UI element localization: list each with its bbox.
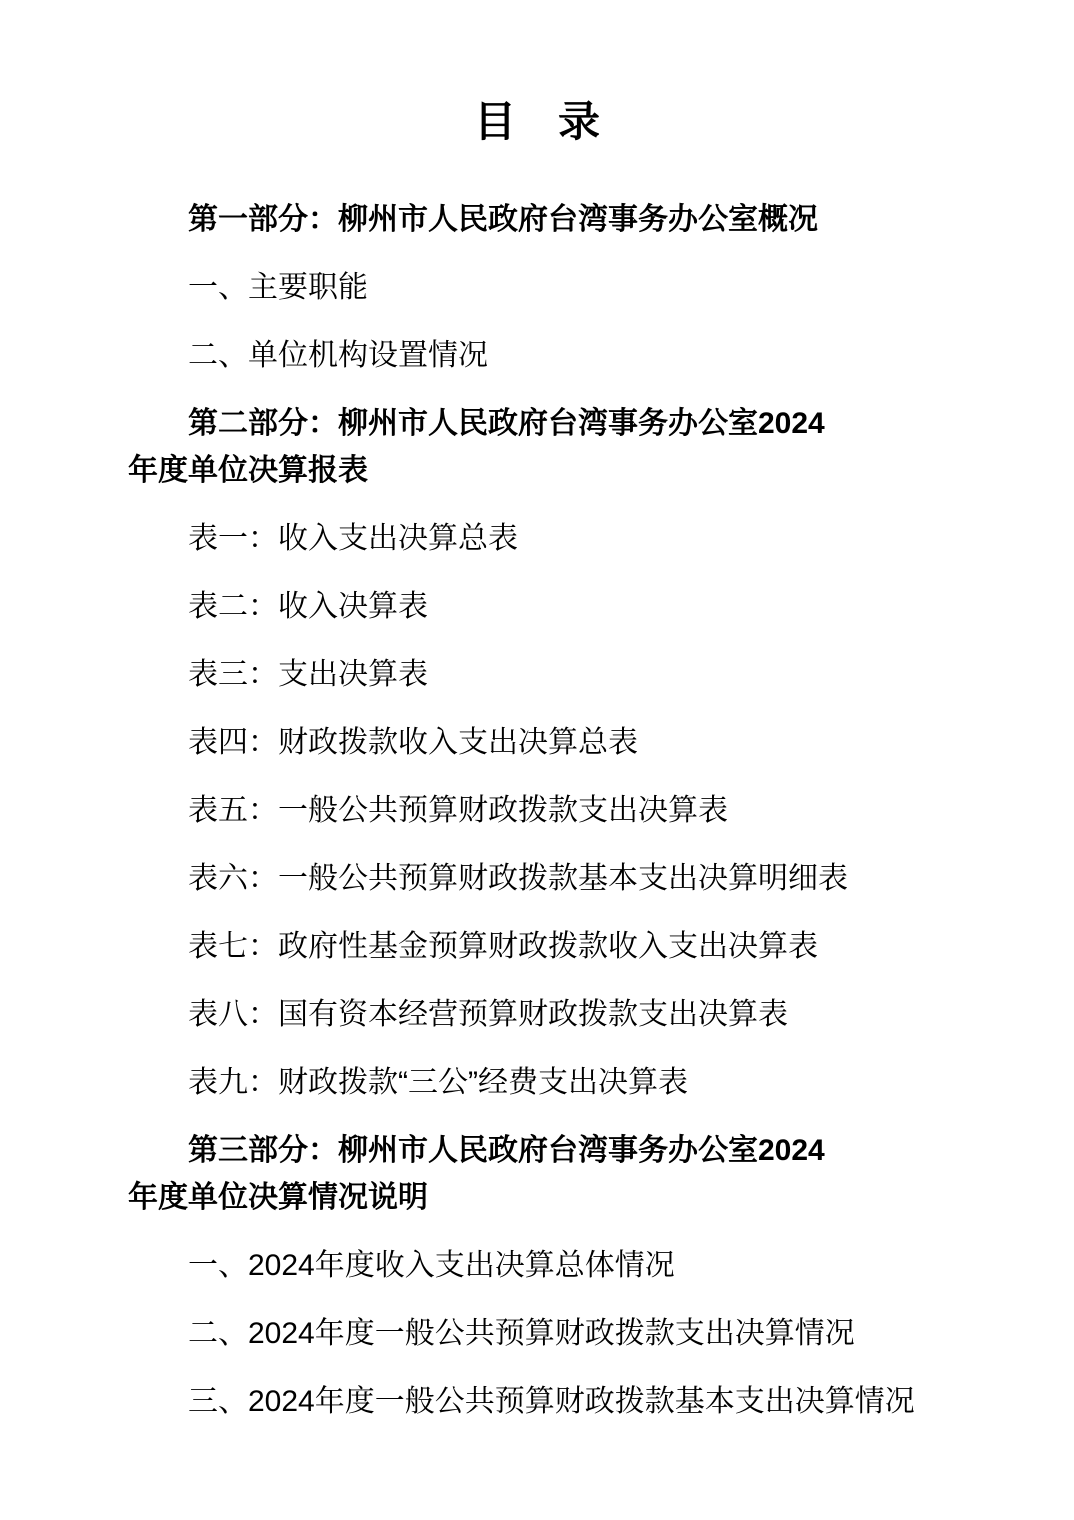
toc-part1-heading: 第一部分：柳州市人民政府台湾事务办公室概况: [128, 196, 840, 243]
toc-item: 一、主要职能: [128, 264, 946, 311]
toc-item: 表六：一般公共预算财政拨款基本支出决算明细表: [128, 855, 946, 902]
toc-item: 表九：财政拨款“三公”经费支出决算表: [128, 1059, 946, 1106]
toc-part3-heading: 第三部分：柳州市人民政府台湾事务办公室2024年度单位决算情况说明: [128, 1127, 840, 1221]
toc-item: 表三：支出决算表: [128, 651, 946, 698]
toc-item: 二、2024年度一般公共预算财政拨款支出决算情况: [128, 1310, 946, 1357]
toc-item: 表二：收入决算表: [128, 583, 946, 630]
table-of-contents: 第一部分：柳州市人民政府台湾事务办公室概况 一、主要职能 二、单位机构设置情况 …: [128, 196, 946, 1425]
toc-item: 三、2024年度一般公共预算财政拨款基本支出决算情况: [128, 1378, 946, 1425]
toc-item: 一、2024年度收入支出决算总体情况: [128, 1242, 946, 1289]
document-page: 目 录 第一部分：柳州市人民政府台湾事务办公室概况 一、主要职能 二、单位机构设…: [0, 0, 1074, 1520]
page-title: 目 录: [128, 96, 946, 148]
toc-part2-heading: 第二部分：柳州市人民政府台湾事务办公室2024年度单位决算报表: [128, 400, 840, 494]
toc-item: 表四：财政拨款收入支出决算总表: [128, 719, 946, 766]
toc-item: 表一：收入支出决算总表: [128, 515, 946, 562]
toc-item: 二、单位机构设置情况: [128, 332, 946, 379]
toc-item: 表五：一般公共预算财政拨款支出决算表: [128, 787, 946, 834]
toc-item: 表八：国有资本经营预算财政拨款支出决算表: [128, 991, 946, 1038]
toc-item: 表七：政府性基金预算财政拨款收入支出决算表: [128, 923, 946, 970]
